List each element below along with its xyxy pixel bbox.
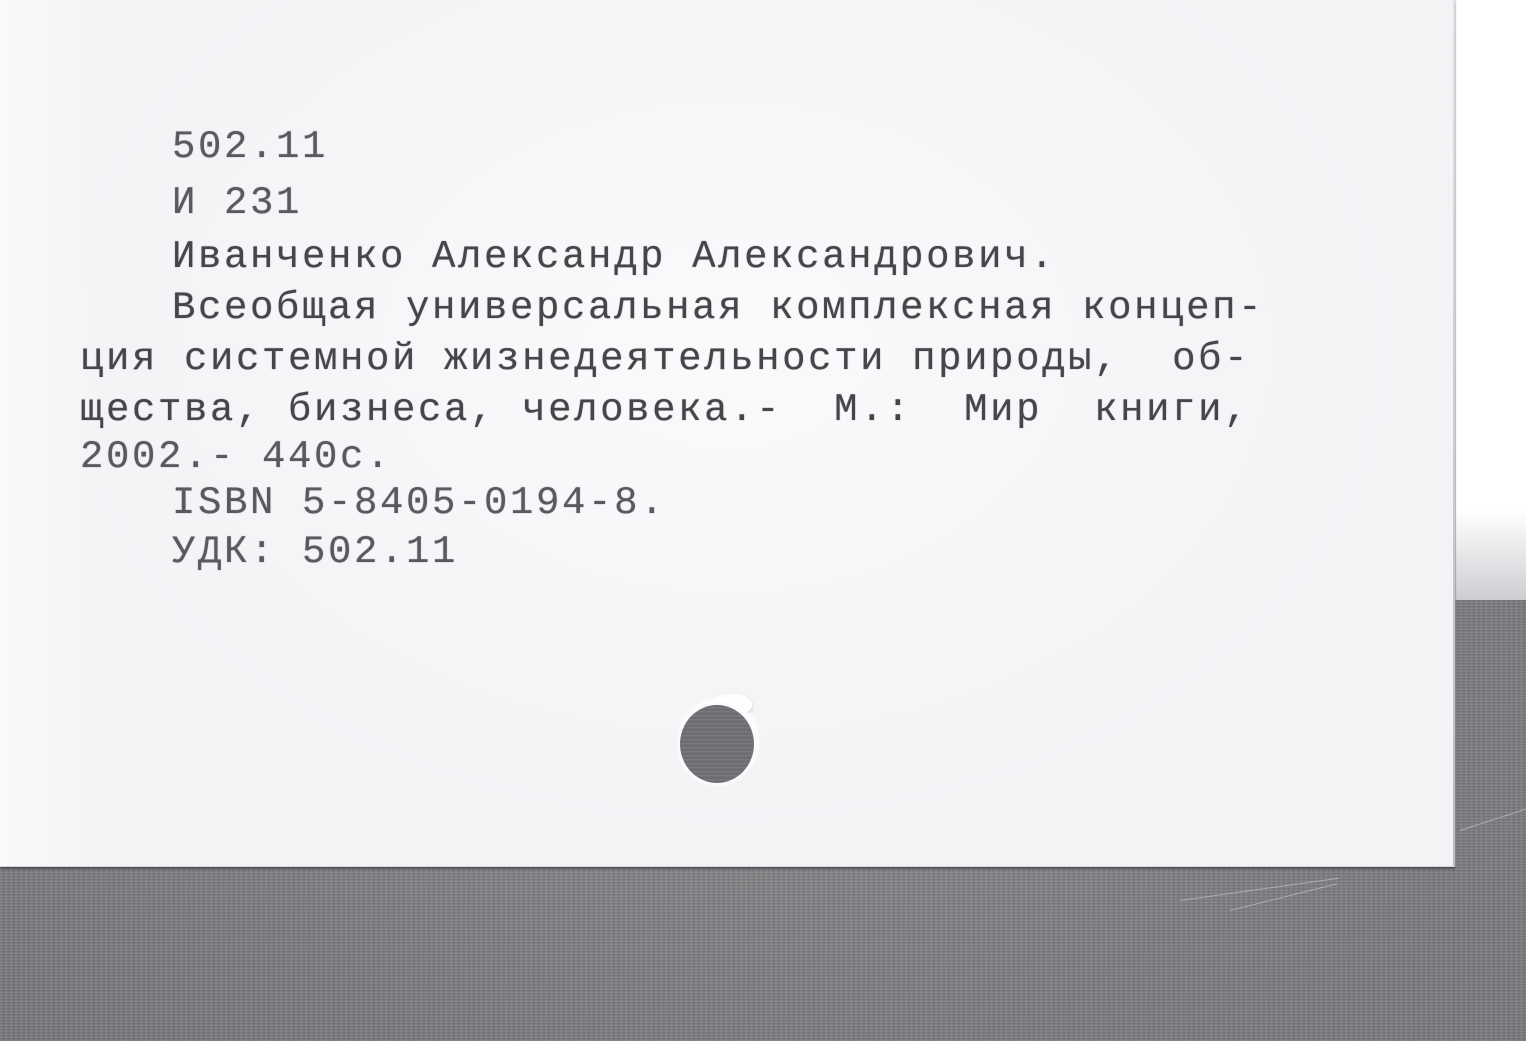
catalog-card: 502.11 И 231 Иванченко Александр Алексан… (0, 0, 1455, 867)
udc-code: УДК: 502.11 (172, 527, 458, 577)
title-line: ция системной жизнедеятельности природы,… (80, 334, 1250, 384)
classification-number: 502.11 (172, 122, 328, 172)
isbn: ISBN 5-8405-0194-8. (172, 478, 666, 528)
author-name: Иванченко Александр Александрович. (172, 232, 1056, 282)
title-line: Всеобщая универсальная комплексная конце… (172, 283, 1264, 333)
author-mark: И 231 (172, 178, 302, 228)
card-edge (1453, 0, 1456, 866)
scanner-lid-area (1455, 0, 1526, 600)
punch-hole (680, 705, 754, 783)
title-line: щества, бизнеса, человека.- М.: Мир книг… (80, 385, 1250, 435)
publication-details: 2002.- 440с. (80, 432, 392, 482)
card-text-block: 502.11 И 231 Иванченко Александр Алексан… (0, 0, 104, 550)
